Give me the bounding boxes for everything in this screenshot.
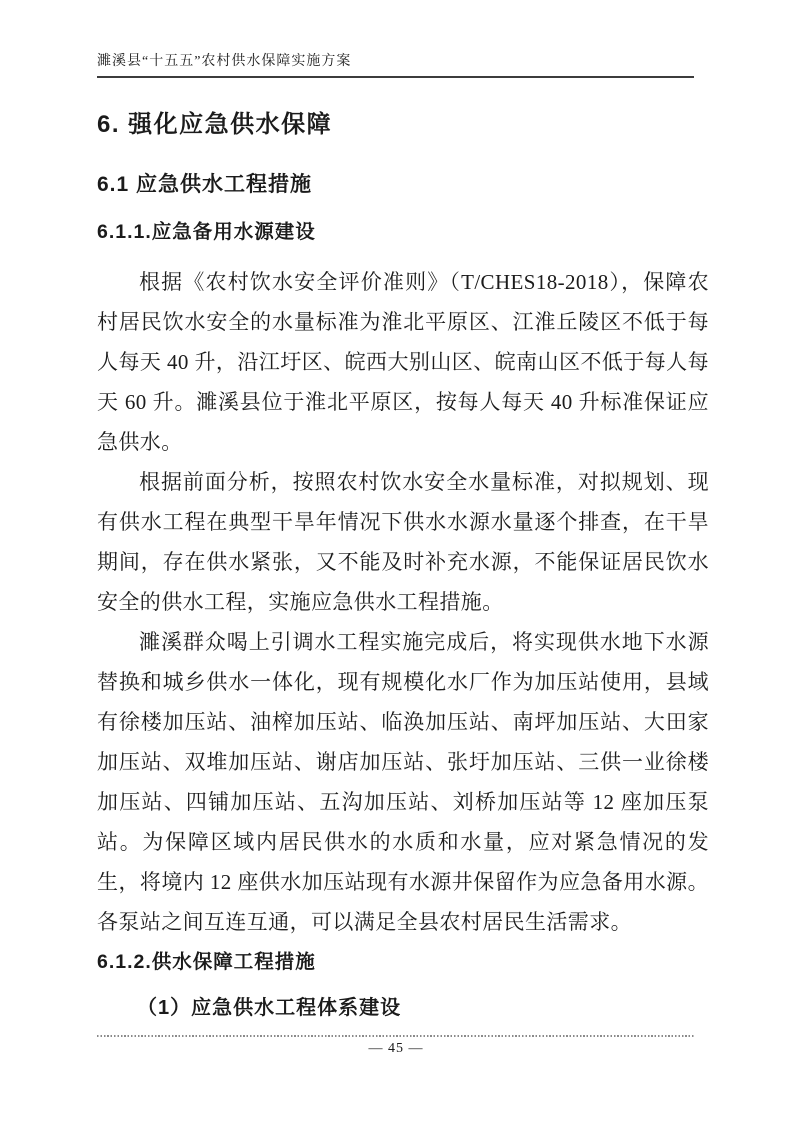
- document-page: 濉溪县“十五五”农村供水保障实施方案 6. 强化应急供水保障 6.1 应急供水工…: [0, 0, 793, 1122]
- subsection-heading: 6.1 应急供水工程措施: [97, 170, 709, 200]
- subsubsection-heading-611: 6.1.1.应急备用水源建设: [97, 218, 709, 246]
- page-number: — 45 —: [97, 1040, 695, 1058]
- header-rule: [97, 76, 694, 78]
- section-heading: 6. 强化应急供水保障: [97, 108, 709, 142]
- page-footer: — 45 —: [97, 1035, 695, 1058]
- body-paragraph: 濉溪群众喝上引调水工程实施完成后，将实现供水地下水源替换和城乡供水一体化，现有规…: [97, 622, 709, 942]
- running-header-title: 濉溪县“十五五”农村供水保障实施方案: [97, 52, 709, 72]
- item-heading-1: （1）应急供水工程体系建设: [97, 994, 709, 1022]
- subsubsection-heading-612: 6.1.2.供水保障工程措施: [97, 948, 709, 976]
- body-paragraph: 根据前面分析，按照农村饮水安全水量标准，对拟规划、现有供水工程在典型干旱年情况下…: [97, 462, 709, 622]
- body-paragraph: 根据《农村饮水安全评价准则》（T/CHES18-2018），保障农村居民饮水安全…: [97, 262, 709, 462]
- page-content: 濉溪县“十五五”农村供水保障实施方案 6. 强化应急供水保障 6.1 应急供水工…: [0, 0, 793, 1022]
- footer-rule: [97, 1035, 695, 1037]
